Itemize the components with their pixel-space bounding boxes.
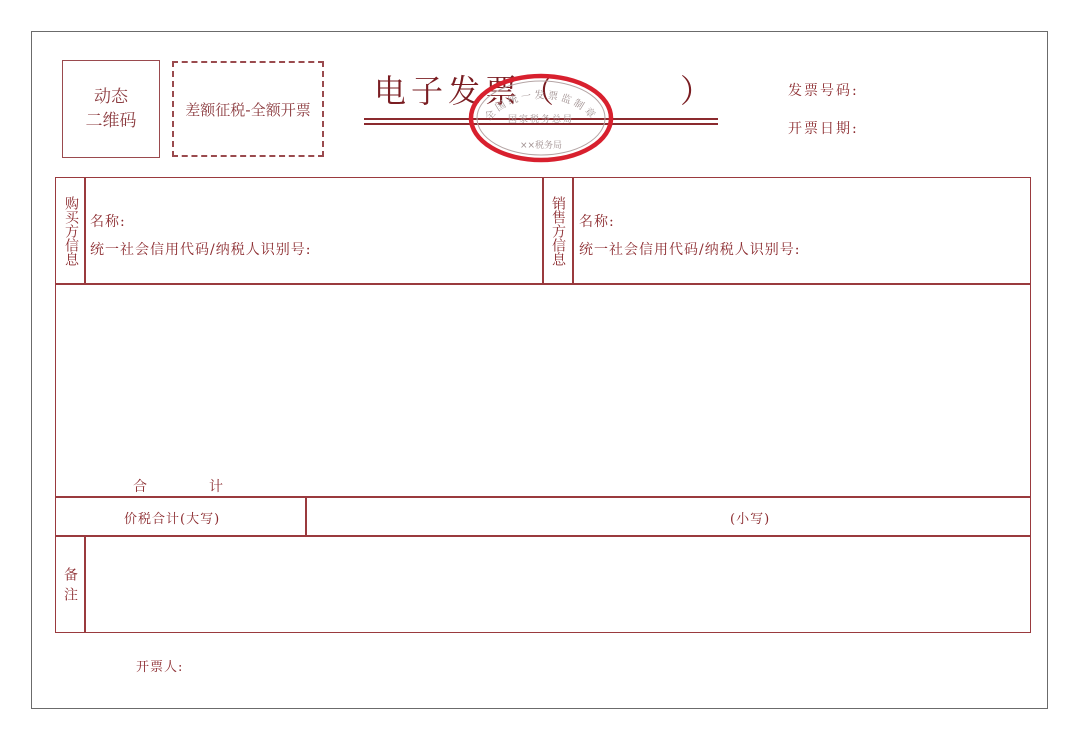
invoice-number-label: 发票号码: [788, 83, 859, 99]
seller-label-divider [572, 177, 574, 284]
buyer-tax-id-field: 统一社会信用代码/纳税人识别号: [90, 239, 311, 259]
invoice-kind-box: 差额征税-全额开票 [172, 61, 324, 157]
invoice-number-field: 发票号码: [788, 80, 859, 100]
seller-tax-id-label: 统一社会信用代码/纳税人识别号: [579, 242, 800, 258]
issuer-field: 开票人: [136, 656, 183, 675]
total-label-ji: 计 [209, 476, 224, 496]
qr-label-line2: 二维码 [86, 109, 137, 133]
buyer-label-divider [84, 177, 86, 284]
dynamic-qr-code-placeholder: 动态 二维码 [62, 60, 160, 158]
qr-label-line1: 动态 [94, 85, 128, 109]
seller-name-label: 名称: [579, 214, 615, 230]
seal-bottom-text: ××税务局 [520, 139, 562, 151]
seal-middle-text: 国家税务总局 [508, 113, 574, 125]
seller-name-field: 名称: [579, 211, 615, 231]
issue-date-label: 开票日期: [788, 121, 859, 137]
issuer-label: 开票人: [136, 660, 183, 675]
buyer-section-label: 购买方信息 [61, 186, 79, 276]
buyer-name-label: 名称: [90, 214, 126, 230]
remarks-label: 备注 [61, 562, 79, 612]
totals-divider [305, 496, 307, 536]
invoice-kind-label: 差额征税-全额开票 [185, 99, 310, 120]
totals-bottom-line [55, 535, 1031, 537]
total-label-he: 合 [133, 476, 148, 496]
total-with-tax-lower-label: (小写) [730, 508, 770, 527]
party-section-bottom-line [55, 283, 1031, 285]
buyer-name-field: 名称: [90, 211, 126, 231]
buyer-tax-id-label: 统一社会信用代码/纳税人识别号: [90, 242, 311, 258]
seller-section-label: 销售方信息 [548, 186, 566, 276]
totals-top-line [55, 496, 1031, 498]
buyer-seller-divider [542, 177, 544, 284]
invoice-title-close-paren: ） [680, 66, 712, 112]
total-with-tax-upper-label: 价税合计(大写) [124, 508, 220, 527]
issue-date-field: 开票日期: [788, 118, 859, 138]
seller-tax-id-field: 统一社会信用代码/纳税人识别号: [579, 239, 800, 259]
tax-bureau-seal-icon: 全国统一发票监制章 国家税务总局 ××税务局 [466, 72, 616, 164]
remarks-label-divider [84, 535, 86, 633]
